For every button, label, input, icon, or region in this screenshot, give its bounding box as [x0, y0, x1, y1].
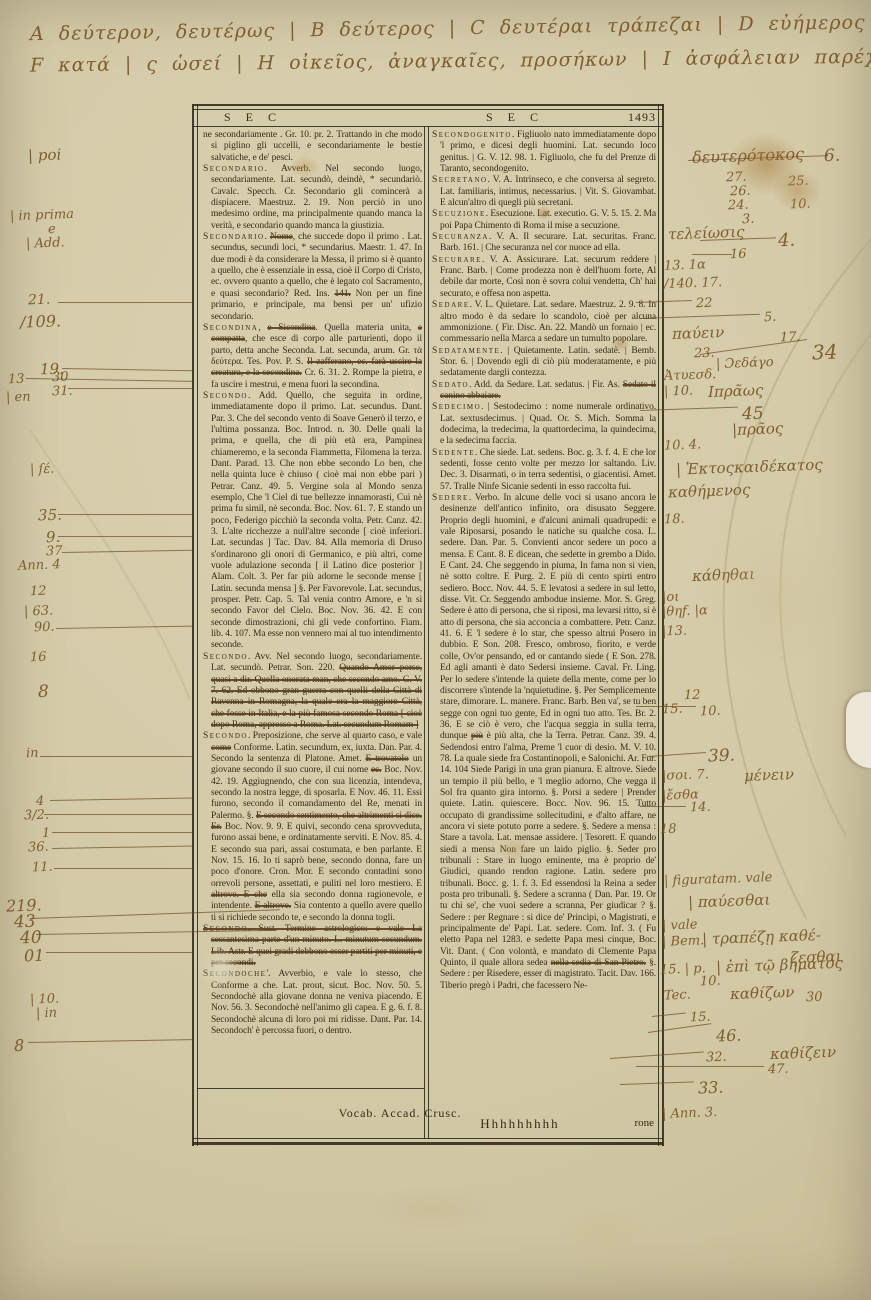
annotation-leader-line: [58, 536, 192, 537]
margin-note: | 63.: [24, 603, 54, 619]
margin-note: 30: [806, 990, 823, 1006]
dictionary-entry: Sedente. Che siede. Lat. sedens. Boc. g.…: [432, 448, 656, 493]
margin-note: | en: [6, 390, 31, 406]
struck-passage: nella sedia di San Pietro.: [551, 958, 646, 968]
margin-note: 16: [30, 650, 47, 666]
entry-headword: Secuzione: [432, 209, 486, 219]
margin-note: 10.: [700, 704, 721, 720]
margin-note: 15.: [662, 702, 683, 718]
handwritten-title-line-1: Α δεύτερον, δευτέρως | Β δεύτερος | C δε…: [30, 9, 871, 45]
margin-note: | 10.: [664, 383, 694, 399]
margin-note: 9.: [46, 528, 61, 546]
margin-note: 23.: [694, 346, 715, 362]
margin-note: 10.: [700, 974, 721, 990]
margin-note: μένειν: [744, 765, 795, 785]
margin-note: in: [26, 746, 39, 761]
dictionary-entry: Secuzione. Esecuzione. Lat. executio. G.…: [432, 209, 656, 232]
dictionary-entry: Secondo. Avv. Nel secondo luogo, seconda…: [203, 652, 422, 731]
margin-note: | in prima: [10, 207, 74, 224]
dictionary-entry: Secondario. Avverb. Nel secondo luogo, s…: [203, 164, 422, 232]
margin-note: 1: [42, 826, 51, 841]
margin-note: 21.: [28, 292, 51, 309]
manuscript-page: Α δεύτερον, δευτέρως | Β δεύτερος | C δε…: [0, 0, 871, 1300]
folio-number: 1493: [598, 110, 656, 125]
margin-note: κάθηθαι: [692, 565, 756, 585]
annotation-leader-line: [68, 388, 192, 389]
margin-note: 6.: [824, 146, 841, 167]
struck-passage: ec.: [371, 765, 382, 775]
ink-stain: [728, 132, 804, 196]
entry-headword: Sedecimo: [432, 402, 481, 412]
margin-note: | Ɔεδάγο: [716, 355, 774, 372]
dictionary-entry: Sedecimo. | Sestodecimo : nome numerale …: [432, 402, 656, 447]
annotation-leader-line: [62, 368, 192, 372]
annotation-leader-line: [52, 846, 192, 850]
margin-note: 5.: [764, 310, 777, 325]
annotation-leader-line: [58, 514, 192, 515]
entry-headword: Securare: [432, 255, 482, 265]
margin-note: 4: [36, 794, 45, 809]
margin-note: 47.: [768, 1062, 789, 1078]
frame-rule-bottom-inner: [193, 1138, 663, 1139]
annotation-leader-line: [648, 752, 706, 757]
margin-note: 17.: [780, 330, 801, 346]
annotation-leader-line: [54, 868, 192, 869]
annotation-leader-line: [62, 550, 192, 554]
margin-note: |ἔσθα: [662, 787, 699, 803]
ink-stain: [560, 1210, 650, 1250]
margin-note: 31.: [52, 384, 73, 400]
margin-note: | Add.: [26, 235, 65, 251]
margin-note: /109.: [20, 311, 62, 331]
dictionary-entry: Secondo. Add. Quello, che seguita in ord…: [203, 391, 422, 652]
margin-note: | in: [36, 1006, 58, 1022]
margin-note: τελείωσις: [668, 223, 745, 244]
margin-note: | vale: [662, 917, 698, 933]
annotation-leader-line: [56, 626, 192, 630]
entry-headword: Sedere: [432, 493, 469, 503]
annotation-leader-line: [46, 952, 192, 953]
entry-headword: Secondo: [203, 924, 248, 934]
margin-note: | ſέ.: [30, 462, 55, 478]
entry-text: . Add. da Sedare. Lat. sedatus. | Fir. A…: [469, 380, 623, 390]
entry-headword: Secondario: [203, 232, 265, 242]
margin-note: 26.: [730, 184, 751, 200]
ink-stain: [362, 1186, 502, 1232]
dictionary-entry: Secondo. Sust. Termine astrologico: e va…: [203, 924, 422, 969]
compass-arc: [30, 430, 190, 700]
dictionary-entry: Securanza. V. A. Il securare. Lat. secur…: [432, 232, 656, 255]
margin-note: 15.: [690, 1010, 711, 1026]
margin-note: |θηf. |α: [662, 603, 708, 620]
margin-note: Tec.: [664, 988, 691, 1004]
margin-note: Ἀτυεσδ.: [664, 367, 717, 384]
margin-note: | τραπέζῃ καθέ-: [702, 926, 822, 948]
margin-note: 19.: [40, 360, 64, 379]
frame-rule-left-inner: [197, 104, 198, 1146]
running-title-right: S E C: [455, 110, 575, 125]
frame-rule-bottom: [193, 1142, 663, 1145]
margin-note: 13: [8, 372, 25, 388]
margin-note: 22: [696, 296, 713, 312]
margin-note: 8: [14, 1036, 25, 1055]
dictionary-entry: Secretano. V. A. Intrinseco, e che conve…: [432, 175, 656, 209]
dictionary-entry: Securare. V. A. Assicurare. Lat. securum…: [432, 255, 656, 300]
margin-note: 25.: [788, 174, 809, 190]
dictionary-entry: Secondogenito. Figliuolo nato immediatam…: [432, 130, 656, 175]
annotation-leader-line: [692, 254, 732, 255]
margin-note: 37: [46, 544, 63, 560]
ink-stain: [700, 520, 850, 680]
margin-note: 16: [730, 247, 747, 263]
annotation-leader-line: [26, 378, 192, 382]
margin-note: δευτερότοκος: [692, 144, 805, 167]
entry-headword: Secretano: [432, 175, 488, 185]
frame-rule-right-inner: [658, 104, 659, 1146]
margin-note: | παύεσθαι: [688, 891, 771, 912]
margin-note: 15. | p.: [660, 961, 706, 978]
dictionary-entry: Secondario. Nome, che succede dopo il pr…: [203, 232, 422, 323]
catchword: rone: [594, 1117, 654, 1129]
annotation-leader-line: [44, 814, 192, 815]
annotation-leader-line: [700, 237, 776, 241]
margin-note: 219.: [6, 895, 42, 915]
margin-note: καθίζειν: [770, 1043, 837, 1063]
handwritten-title-line-2: F κατά | ς ὡσεί | Η οἰκεῖος, ἀναγκαῖες, …: [30, 45, 871, 76]
margin-note: 46.: [716, 1026, 742, 1046]
annotation-leader-line: [688, 155, 828, 161]
paper-tear: [846, 692, 871, 768]
margin-note: 12: [30, 584, 47, 600]
entry-text: è più alta, che la Terra. Petrar. Canz. …: [440, 731, 656, 968]
struck-passage: e Sicondina: [267, 323, 315, 333]
annotation-leader-line: [700, 339, 807, 355]
ink-stain: [772, 168, 822, 212]
annotation-leader-line: [28, 1039, 192, 1043]
margin-note: καθήμενος: [668, 481, 751, 502]
margin-note: 10. 4.: [664, 437, 702, 453]
entry-text: . Preposizione, che serve al quarto caso…: [248, 731, 422, 741]
margin-note: 8: [38, 682, 50, 702]
margin-note: 36.: [28, 840, 49, 856]
entry-text: Boc. Nov. 9. 9. E quivi, secondo cena sp…: [211, 822, 422, 889]
dictionary-entry: Sedato. Add. da Sedare. Lat. sedatus. | …: [432, 380, 656, 403]
margin-note: Ann. 4: [18, 557, 61, 573]
margin-note: 3.: [742, 212, 755, 227]
annotation-leader-line: [40, 756, 192, 757]
dictionary-entry: ne secondariamente . Gr. 10. pr. 2. Trat…: [203, 130, 422, 164]
dictionary-entry: Secondoche'. Avverbio, e vale lo stesso,…: [203, 969, 422, 1037]
margin-note: /140. 17.: [664, 275, 723, 292]
margin-note: 18.: [664, 512, 685, 528]
column-left: ne secondariamente . Gr. 10. pr. 2. Trat…: [203, 130, 422, 1082]
entry-text: . Verbo. In alcune delle voci si usano a…: [440, 493, 656, 741]
column-divider-inner: [428, 126, 429, 1139]
margin-note: 90.: [34, 620, 55, 636]
margin-note: 43: [14, 912, 36, 933]
margin-note: | ἐπὶ τῷ βήματος: [716, 954, 844, 976]
margin-note: 12: [684, 688, 701, 704]
struck-passage: Quando Amor porse, quasi a dir. Quella o…: [211, 663, 422, 730]
margin-note: 34: [812, 340, 838, 365]
margin-note: |πρᾶος: [732, 419, 784, 439]
frame-rule-top: [193, 104, 663, 106]
entry-text: . Quella materia unita,: [315, 323, 418, 333]
entry-text: ne secondariamente . Gr. 10. pr. 2. Trat…: [203, 130, 422, 163]
margin-note: 30: [52, 370, 69, 386]
struck-passage: più: [471, 731, 483, 741]
struck-passage: come: [211, 743, 231, 753]
entry-headword: Sedatamente: [432, 346, 500, 356]
struck-passage: Nome: [270, 232, 293, 242]
margin-note: 4.: [778, 230, 796, 252]
entry-headword: Secondo: [203, 391, 248, 401]
margin-note: |οι: [662, 590, 680, 606]
dictionary-entry: Secondina, e Sicondina. Quella materia u…: [203, 323, 422, 391]
frame-rule-left: [192, 104, 194, 1146]
margin-note: | Ann. 3.: [662, 1105, 718, 1122]
annotation-leader-line: [52, 832, 192, 833]
column-divider: [424, 126, 425, 1139]
margin-note: 33.: [698, 1078, 724, 1098]
margin-note: ζεσθαι: [790, 947, 842, 967]
struck-passage: E trovatolo: [366, 754, 409, 764]
dictionary-entry: Sedere. Verbo. In alcune delle voci si u…: [432, 493, 656, 992]
entry-headword: Secondo: [203, 652, 248, 662]
margin-note: |σοι. 7.: [662, 767, 709, 784]
dictionary-entry: Sedare. V. L. Quietare. Lat. sedare. Mae…: [432, 300, 656, 345]
compass-arc: [724, 236, 871, 918]
entry-text: '. Avverbio, e vale lo stesso, che Confo…: [211, 969, 422, 1036]
annotation-leader-line: [58, 302, 192, 303]
signature-mark: Hhhhhhhhh: [440, 1116, 600, 1132]
margin-note: παύειν: [672, 323, 725, 343]
struck-passage: E altrove.: [255, 901, 291, 911]
frame-rule-right: [662, 104, 665, 1146]
margin-note: 14.: [690, 800, 711, 816]
entry-text: . Avverb. Nel secondo luogo, secondariam…: [211, 164, 422, 231]
margin-note: 13. 1α: [664, 257, 706, 273]
entry-headword: Secondoche: [203, 969, 266, 979]
running-title-left: S E C: [193, 110, 313, 125]
margin-note: e: [48, 222, 56, 237]
annotation-leader-line: [50, 798, 192, 802]
margin-note: | Bem.: [662, 933, 705, 949]
entry-headword: Secondogenito: [432, 130, 512, 140]
margin-note: 39.: [708, 746, 736, 767]
entry-headword: Sedare: [432, 300, 470, 310]
margin-note: | poi: [28, 145, 62, 164]
dictionary-entry: Secondo. Preposizione, che serve al quar…: [203, 731, 422, 924]
margin-note: Ιπρᾶως: [708, 381, 764, 401]
margin-note: | 10.: [30, 991, 60, 1007]
entry-headword: Sedato: [432, 380, 469, 390]
margin-note: καθίζων: [730, 983, 795, 1003]
entry-headword: Secondo: [203, 731, 248, 741]
margin-note: 24.: [728, 198, 749, 214]
margin-note: 27.: [726, 170, 747, 186]
margin-note: 40: [20, 928, 42, 949]
struck-passage: altrove. E che: [211, 890, 267, 900]
margin-note: 10.: [790, 197, 811, 213]
margin-note: 01: [24, 946, 45, 966]
entry-headword: Secondina: [203, 323, 258, 333]
margin-note: | figuratam. vale: [664, 870, 773, 889]
margin-note: 45: [742, 404, 764, 425]
margin-note: 32.: [706, 1050, 727, 1066]
dictionary-entry: Sedatamente. | Quietamente. Latin. sedat…: [432, 346, 656, 380]
margin-note: |13.: [662, 624, 688, 640]
left-column-end-rule: [197, 1088, 424, 1089]
entry-headword: Sedente: [432, 448, 475, 458]
margin-note: 11.: [32, 860, 53, 876]
entry-headword: Securanza: [432, 232, 489, 242]
margin-note: 35.: [38, 506, 62, 525]
struck-passage: 141.: [334, 289, 350, 299]
entry-headword: Secondario: [203, 164, 265, 174]
margin-note: 3/2.: [24, 808, 50, 824]
entry-text: . V. L. Quietare. Lat. sedare. Maestruz.…: [440, 300, 656, 344]
column-right: Secondogenito. Figliuolo nato immediatam…: [432, 130, 656, 1120]
margin-note: | Ἑκτοςκαιδέκατος: [676, 455, 823, 478]
entry-text: . Add. Quello, che seguita in ordine, im…: [211, 391, 422, 651]
